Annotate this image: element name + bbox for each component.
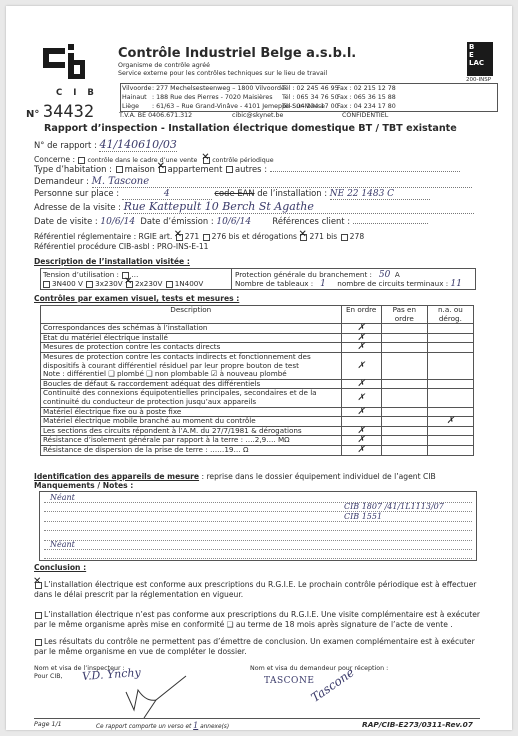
conclusion-checkbox[interactable] bbox=[35, 639, 42, 646]
protection-label: Protection générale du branchement : bbox=[235, 270, 372, 279]
tableaux-row: Nombre de tableaux : 1 nombre de circuit… bbox=[235, 279, 462, 289]
description-text: Matériel électrique fixe ou à poste fixe bbox=[43, 407, 181, 416]
adresse-row: Adresse de la visite : Rue Kattepult 10 … bbox=[34, 200, 486, 214]
tension-option-1n400: 1N400V bbox=[175, 279, 204, 288]
mark-pas-en-ordre[interactable] bbox=[381, 445, 427, 455]
mark-pas-en-ordre[interactable] bbox=[381, 407, 427, 417]
ean-strike-label: code EAN bbox=[214, 188, 254, 198]
checkbox-2x230[interactable] bbox=[126, 281, 133, 288]
document-page: C I B N° 34432 Contrôle Industriel Belge… bbox=[6, 6, 512, 730]
client-name: TASCONE bbox=[264, 676, 314, 686]
annex-text-post: annexe(s) bbox=[200, 724, 229, 730]
footer-reference: RAP/CIB-E273/0311-Rev.07 bbox=[362, 720, 473, 729]
ean-value[interactable]: NE 22 1483 C bbox=[330, 189, 430, 200]
mark-en-ordre[interactable]: ✗ bbox=[341, 324, 381, 334]
installation-divider bbox=[231, 269, 232, 289]
date-emission-label: Date d’émission : bbox=[140, 216, 213, 226]
footer-page: Page 1/1 bbox=[34, 721, 62, 728]
org-sub1: Organisme de contrôle agréé bbox=[118, 62, 210, 69]
installation-heading: Description de l’installation visitée : bbox=[34, 257, 190, 266]
conclusion-option: Les résultats du contrôle ne permettent … bbox=[34, 637, 482, 657]
mark-en-ordre[interactable]: ✗ bbox=[341, 379, 381, 389]
note-line[interactable] bbox=[44, 522, 472, 531]
annex-count: 1 bbox=[193, 721, 198, 730]
doc-number-label: N° bbox=[26, 109, 39, 120]
procedure-value: PRO-INS-E-11 bbox=[157, 242, 208, 251]
table-row: Mesures de protection contre les contact… bbox=[41, 352, 474, 379]
office-address: : 188 Rue des Pierres - 7020 Maisières bbox=[152, 94, 272, 101]
mark-na[interactable] bbox=[427, 445, 473, 455]
mark-na[interactable]: ✗ bbox=[427, 417, 473, 427]
inspector-signature-stroke bbox=[116, 662, 196, 718]
referentiel-row: Référentiel réglementaire : RGIE art. 27… bbox=[34, 232, 364, 241]
org-sub2: Service externe pour les contrôles techn… bbox=[118, 70, 327, 77]
vat-number: T.V.A. BE 0406.671.312 bbox=[119, 112, 192, 119]
row-description: Continuité des connexions équipotentiell… bbox=[41, 389, 342, 407]
checkbox-271[interactable] bbox=[176, 234, 183, 241]
concerne-option-vente: contrôle dans le cadre d’une vente bbox=[87, 157, 197, 164]
checkbox-1n400[interactable] bbox=[166, 281, 173, 288]
office-region: Hainaut bbox=[122, 94, 147, 101]
note-text: CIB 1551 bbox=[344, 512, 382, 521]
office-fax: Fax : 065 36 15 88 bbox=[337, 94, 396, 101]
concerne-row: Concerne : contrôle dans le cadre d’une … bbox=[34, 155, 274, 164]
note-line[interactable] bbox=[44, 532, 472, 541]
checkbox-maison[interactable] bbox=[116, 166, 123, 173]
office-tel: Tél : 065 34 76 50 bbox=[282, 94, 339, 101]
footer-annex: Ce rapport comporte un verso et 1 annexe… bbox=[96, 721, 229, 730]
demandeur-label: Demandeur : bbox=[34, 176, 89, 186]
checkbox-periodique[interactable] bbox=[203, 157, 210, 164]
inspector-sub: Pour CIB, bbox=[34, 673, 63, 680]
procedure-label: Référentiel procédure CIB-asbl : bbox=[34, 242, 155, 251]
col-pas-en-ordre: Pas en ordre bbox=[381, 306, 427, 324]
habitation-option-appartement: appartement bbox=[168, 164, 223, 174]
description-text: Résistance d’isolement générale par rapp… bbox=[43, 435, 290, 444]
measure-label: Identification des appareils de mesure bbox=[34, 472, 199, 481]
office-address: : 277 Mechelsesteenweg – 1800 Vilvoorde bbox=[152, 85, 285, 92]
ref-client-value[interactable] bbox=[353, 223, 428, 224]
description-text: Les sections des circuits répondent à l’… bbox=[43, 426, 302, 435]
personne-label: Personne sur place : bbox=[34, 188, 119, 198]
controls-heading: Contrôles par examen visuel, tests et me… bbox=[34, 294, 239, 303]
office-tel: Tél : 04 234 17 00 bbox=[282, 103, 339, 110]
office-region: Vilvoorde bbox=[122, 85, 151, 92]
col-en-ordre: En ordre bbox=[341, 306, 381, 324]
mark-pas-en-ordre[interactable] bbox=[381, 417, 427, 427]
row-description: Résistance de dispersion de la prise de … bbox=[41, 445, 342, 455]
belac-letter-lac: LAC bbox=[469, 59, 493, 67]
report-title: Rapport d’inspection - Installation élec… bbox=[44, 123, 457, 134]
note-text: CIB 1807 /41/1L1113/07 bbox=[344, 502, 444, 511]
mark-na[interactable] bbox=[427, 389, 473, 407]
conclusion-checkbox[interactable] bbox=[35, 582, 42, 589]
mark-na[interactable] bbox=[427, 352, 473, 379]
table-row: Continuité des connexions équipotentiell… bbox=[41, 389, 474, 407]
referentiel-label: Référentiel réglementaire : RGIE art. bbox=[34, 232, 172, 241]
referentiel-option-271bis: 271 bis bbox=[309, 232, 337, 241]
mark-en-ordre[interactable]: ✗ bbox=[341, 445, 381, 455]
tension-extra: … bbox=[131, 270, 138, 279]
referentiel-option-278: 278 bbox=[350, 232, 365, 241]
mark-pas-en-ordre[interactable] bbox=[381, 436, 427, 446]
belac-letter-e: E bbox=[469, 51, 493, 59]
note-line[interactable]: CIB 1551 bbox=[44, 513, 472, 522]
conclusion-heading: Conclusion : bbox=[34, 563, 86, 572]
email-link[interactable]: cibic@skynet.be bbox=[232, 112, 283, 119]
date-visite-label: Date de visite : bbox=[34, 216, 98, 226]
org-name: Contrôle Industriel Belge a.s.b.l. bbox=[118, 46, 356, 61]
note-text: Néant bbox=[50, 493, 75, 502]
mark-na[interactable] bbox=[427, 324, 473, 334]
ref-client-label: Références client : bbox=[272, 216, 350, 226]
protection-unit: A bbox=[395, 270, 400, 279]
office-fax: Fax : 02 215 12 78 bbox=[337, 85, 396, 92]
conclusion-option: L’installation électrique n’est pas conf… bbox=[34, 610, 482, 630]
mark-en-ordre[interactable] bbox=[341, 417, 381, 427]
conclusion-text: Les résultats du contrôle ne permettent … bbox=[34, 637, 475, 656]
belac-code: 200-INSP bbox=[466, 77, 491, 83]
date-emission-value[interactable]: 10/6/14 bbox=[216, 217, 251, 227]
mark-na[interactable] bbox=[427, 426, 473, 436]
belac-logo-icon: B E LAC bbox=[467, 42, 493, 76]
mark-na[interactable] bbox=[427, 343, 473, 353]
date-visite-value[interactable]: 10/6/14 bbox=[100, 217, 135, 227]
circuits-value[interactable]: 11 bbox=[451, 279, 462, 289]
mark-en-ordre[interactable]: ✗ bbox=[341, 343, 381, 353]
mark-pas-en-ordre[interactable] bbox=[381, 333, 427, 343]
autres-field[interactable] bbox=[270, 171, 460, 172]
tension-option-3n400: 3N400 V bbox=[52, 279, 83, 288]
checkbox-276bis[interactable] bbox=[203, 234, 210, 241]
doc-number-value: 34432 bbox=[43, 102, 94, 122]
mark-pas-en-ordre[interactable] bbox=[381, 352, 427, 379]
conclusion-checkbox[interactable] bbox=[35, 612, 42, 619]
description-text: Matériel électrique mobile branché au mo… bbox=[43, 416, 256, 425]
tableaux-value[interactable]: 1 bbox=[320, 279, 326, 289]
checkbox-autres[interactable] bbox=[226, 166, 233, 173]
notes-label: Manquements / Notes : bbox=[34, 481, 133, 490]
controls-body: Correspondances des schémas à l’installa… bbox=[41, 324, 474, 455]
conclusion-text: L’installation électrique est conforme a… bbox=[34, 580, 476, 599]
description-text: Mesures de protection contre les contact… bbox=[43, 352, 311, 370]
habitation-label: Type d’habitation : bbox=[34, 164, 112, 174]
demandeur-value[interactable]: M. Tascone bbox=[92, 176, 472, 188]
mark-pas-en-ordre[interactable] bbox=[381, 324, 427, 334]
checkbox-278[interactable] bbox=[341, 234, 348, 241]
row-description: Mesures de protection contre les contact… bbox=[41, 352, 342, 379]
mark-pas-en-ordre[interactable] bbox=[381, 379, 427, 389]
description-text: Boucles de défaut & raccordement adéquat… bbox=[43, 379, 260, 388]
cib-logo-icon bbox=[43, 44, 85, 80]
concerne-label: Concerne : bbox=[34, 155, 75, 164]
description-text: Etat du matériel électrique installé bbox=[43, 333, 168, 342]
adresse-label: Adresse de la visite : bbox=[34, 202, 121, 212]
note-text: Néant bbox=[50, 540, 75, 549]
mark-pas-en-ordre[interactable] bbox=[381, 389, 427, 407]
conclusion-option: L’installation électrique est conforme a… bbox=[34, 580, 482, 600]
note-line[interactable] bbox=[44, 550, 472, 559]
personne-ean-row: Personne sur place : 4 code EAN de l’ins… bbox=[34, 188, 486, 200]
document-number: N° 34432 bbox=[26, 102, 94, 122]
ean-label: de l’installation : bbox=[257, 188, 327, 198]
mark-na[interactable] bbox=[427, 436, 473, 446]
checkbox-3x230[interactable] bbox=[86, 281, 93, 288]
office-tel: Tél : 02 245 46 95 bbox=[282, 85, 339, 92]
dates-row: Date de visite : 10/6/14 Date d’émission… bbox=[34, 216, 486, 227]
checkbox-271bis[interactable] bbox=[300, 234, 307, 241]
measure-row: Identification des appareils de mesure :… bbox=[34, 472, 436, 481]
tension-label: Tension d’utilisation : bbox=[43, 270, 119, 279]
belac-letter-b: B bbox=[469, 43, 493, 51]
controls-table: Description En ordre Pas en ordre n.a. o… bbox=[40, 305, 474, 456]
habitation-option-maison: maison bbox=[125, 164, 155, 174]
report-number-row: N° de rapport : 41/140610/03 bbox=[34, 138, 177, 152]
procedure-row: Référentiel procédure CIB-asbl : PRO-INS… bbox=[34, 242, 209, 251]
mark-en-ordre[interactable]: ✗ bbox=[341, 407, 381, 417]
mark-en-ordre[interactable]: ✗ bbox=[341, 352, 381, 379]
checkbox-appartement[interactable] bbox=[159, 166, 166, 173]
annex-text-pre: Ce rapport comporte un verso et bbox=[96, 724, 191, 730]
checkbox-vente[interactable] bbox=[78, 157, 85, 164]
office-fax: Fax : 04 234 17 80 bbox=[337, 103, 396, 110]
tension-options-row: 3N400 V 3x230V 2x230V 1N400V bbox=[42, 279, 203, 288]
logo-text: C I B bbox=[56, 88, 98, 98]
tableaux-label: Nombre de tableaux : bbox=[235, 279, 313, 288]
note-line[interactable]: CIB 1807 /41/1L1113/07 bbox=[44, 503, 472, 512]
concerne-option-periodique: contrôle périodique bbox=[212, 157, 273, 164]
habitation-row: Type d’habitation : maison appartement a… bbox=[34, 164, 486, 174]
controls-header-row: Description En ordre Pas en ordre n.a. o… bbox=[41, 306, 474, 324]
client-label: Nom et visa du demandeur pour réception … bbox=[250, 665, 388, 672]
mark-en-ordre[interactable]: ✗ bbox=[341, 389, 381, 407]
footer-divider bbox=[34, 718, 480, 719]
table-row: Résistance de dispersion de la prise de … bbox=[41, 445, 474, 455]
col-na-derog: n.a. ou dérog. bbox=[427, 306, 473, 324]
description-text: Correspondances des schémas à l’installa… bbox=[43, 323, 207, 332]
mark-na[interactable] bbox=[427, 379, 473, 389]
mark-na[interactable] bbox=[427, 333, 473, 343]
mark-pas-en-ordre[interactable] bbox=[381, 343, 427, 353]
demandeur-row: Demandeur : M. Tascone bbox=[34, 176, 486, 188]
report-number-label: N° de rapport : bbox=[34, 140, 97, 150]
checkbox-3n400[interactable] bbox=[43, 281, 50, 288]
description-text: Mesures de protection contre les contact… bbox=[43, 342, 220, 351]
adresse-value[interactable]: Rue Kattepult 10 Berch St Agathe bbox=[124, 200, 474, 214]
referentiel-option-271: 271 bbox=[185, 232, 200, 241]
habitation-option-autres: autres : bbox=[235, 164, 267, 174]
referentiel-option-276bis: 276 bis et dérogations bbox=[212, 232, 297, 241]
col-description: Description bbox=[41, 306, 342, 324]
tension-option-3x230: 3x230V bbox=[95, 279, 122, 288]
notes-box[interactable]: NéantCIB 1807 /41/1L1113/07CIB 1551Néant bbox=[39, 491, 477, 561]
mark-en-ordre[interactable]: ✗ bbox=[341, 436, 381, 446]
description-text: Continuité des connexions équipotentiell… bbox=[43, 388, 317, 406]
report-number-value[interactable]: 41/140610/03 bbox=[99, 138, 176, 152]
installation-box: Tension d’utilisation : … 3N400 V 3x230V… bbox=[40, 268, 476, 290]
tension-option-2x230: 2x230V bbox=[135, 279, 162, 288]
confidential-label: CONFIDENTIEL bbox=[342, 112, 388, 119]
mark-pas-en-ordre[interactable] bbox=[381, 426, 427, 436]
description-text: Résistance de dispersion de la prise de … bbox=[43, 445, 248, 454]
measure-text: : reprise dans le dossier équipement ind… bbox=[201, 472, 435, 481]
conclusion-text: L’installation électrique n’est pas conf… bbox=[34, 610, 480, 629]
differentiel-note[interactable]: Note : différentiel ❑ plombé ❑ non plomb… bbox=[43, 370, 339, 379]
circuits-label: nombre de circuits terminaux : bbox=[337, 279, 448, 288]
note-line[interactable]: Néant bbox=[44, 541, 472, 550]
office-region: Liège bbox=[122, 103, 139, 110]
personne-value[interactable]: 4 bbox=[122, 189, 212, 200]
